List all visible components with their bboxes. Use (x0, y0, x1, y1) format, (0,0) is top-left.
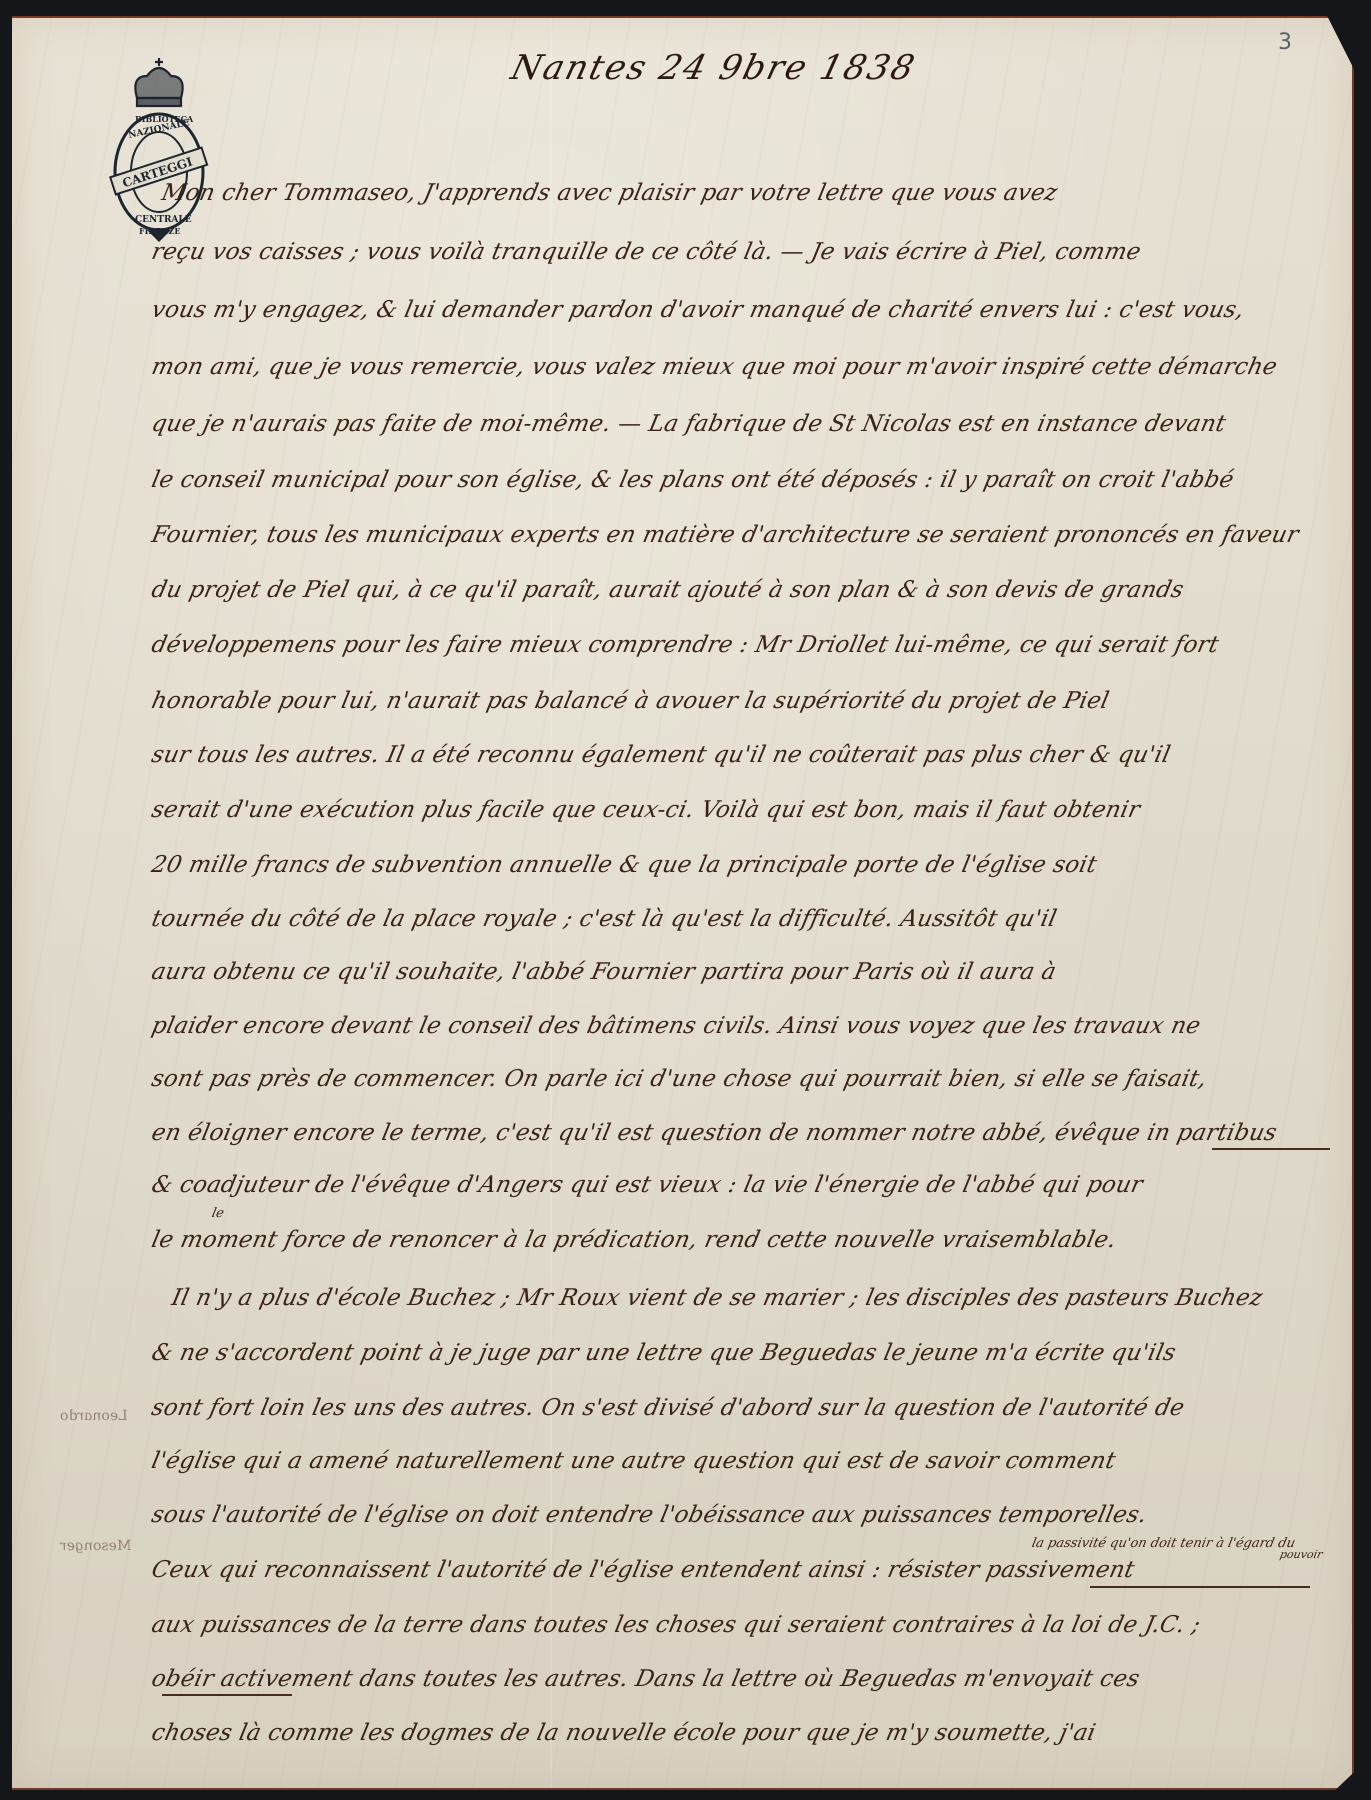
body-line: 20 mille francs de subvention annuelle &… (149, 850, 1335, 880)
body-line: que je n'aurais pas faite de moi-même. —… (149, 409, 1335, 439)
letter-dateline: Nantes 24 9bre 1838 (507, 48, 920, 88)
crown-icon (135, 58, 182, 106)
body-line: sur tous les autres. Il a été reconnu ég… (149, 740, 1335, 770)
interlinear-insertion: le (210, 1206, 225, 1221)
library-stamp: BIBLIOTECA NAZIONALE CENTRALE FIRENZE CA… (107, 54, 212, 244)
body-line: l'église qui a amené naturellement une a… (149, 1446, 1335, 1476)
body-line: plaider encore devant le conseil des bât… (149, 1011, 1335, 1041)
underline-in-partibus (1212, 1148, 1330, 1150)
body-line: développemens pour les faire mieux compr… (149, 630, 1335, 660)
body-line: aura obtenu ce qu'il souhaite, l'abbé Fo… (149, 957, 1335, 987)
body-line: sous l'autorité de l'église on doit ente… (149, 1500, 1335, 1530)
body-line: vous m'y engagez, & lui demander pardon … (149, 295, 1335, 325)
body-line: choses là comme les dogmes de la nouvell… (149, 1718, 1335, 1748)
margin-bleedthrough-note: Mesonger (59, 1538, 133, 1554)
folio-number: 3 (1278, 30, 1292, 55)
body-line: sont pas près de commencer. On parle ici… (149, 1064, 1335, 1094)
body-line: serait d'une exécution plus facile que c… (149, 795, 1335, 825)
body-line: le conseil municipal pour son église, & … (149, 465, 1335, 495)
stamp-bottom-text: CENTRALE (135, 215, 192, 225)
body-line: tournée du côté de la place royale ; c'e… (149, 904, 1335, 934)
body-line: Il n'y a plus d'école Buchez ; Mr Roux v… (169, 1283, 1355, 1313)
interlinear-insertion: la passivité qu'on doit tenir à l'égard … (1030, 1536, 1296, 1551)
letter-page: 3 BIBLIOTECA NAZIONALE CENTRALE FIRENZE … (12, 16, 1354, 1790)
body-line: du projet de Piel qui, à ce qu'il paraît… (149, 575, 1335, 605)
body-line: honorable pour lui, n'aurait pas balancé… (149, 686, 1335, 716)
underline-obeir-activement (162, 1694, 292, 1696)
body-line: mon ami, que je vous remercie, vous vale… (149, 352, 1335, 382)
body-line: Mon cher Tommaseo, J'apprends avec plais… (159, 178, 1345, 208)
body-line: Ceux qui reconnaissent l'autorité de l'é… (149, 1555, 1335, 1585)
body-line: le moment force de renoncer à la prédica… (149, 1225, 1335, 1255)
body-line: reçu vos caisses ; vous voilà tranquille… (149, 237, 1335, 267)
body-line: Fournier, tous les municipaux experts en… (149, 520, 1335, 550)
body-line: & coadjuteur de l'évêque d'Angers qui es… (149, 1170, 1335, 1200)
margin-bleedthrough-note: Leonardo (59, 1408, 129, 1424)
body-line: en éloigner encore le terme, c'est qu'il… (149, 1118, 1335, 1148)
body-line: sont fort loin les uns des autres. On s'… (149, 1393, 1335, 1423)
body-line: aux puissances de la terre dans toutes l… (149, 1610, 1335, 1640)
underline-resister-passivement (1090, 1586, 1310, 1588)
body-line: obéir activement dans toutes les autres.… (149, 1664, 1335, 1694)
body-line: & ne s'accordent point à je juge par une… (149, 1338, 1335, 1368)
